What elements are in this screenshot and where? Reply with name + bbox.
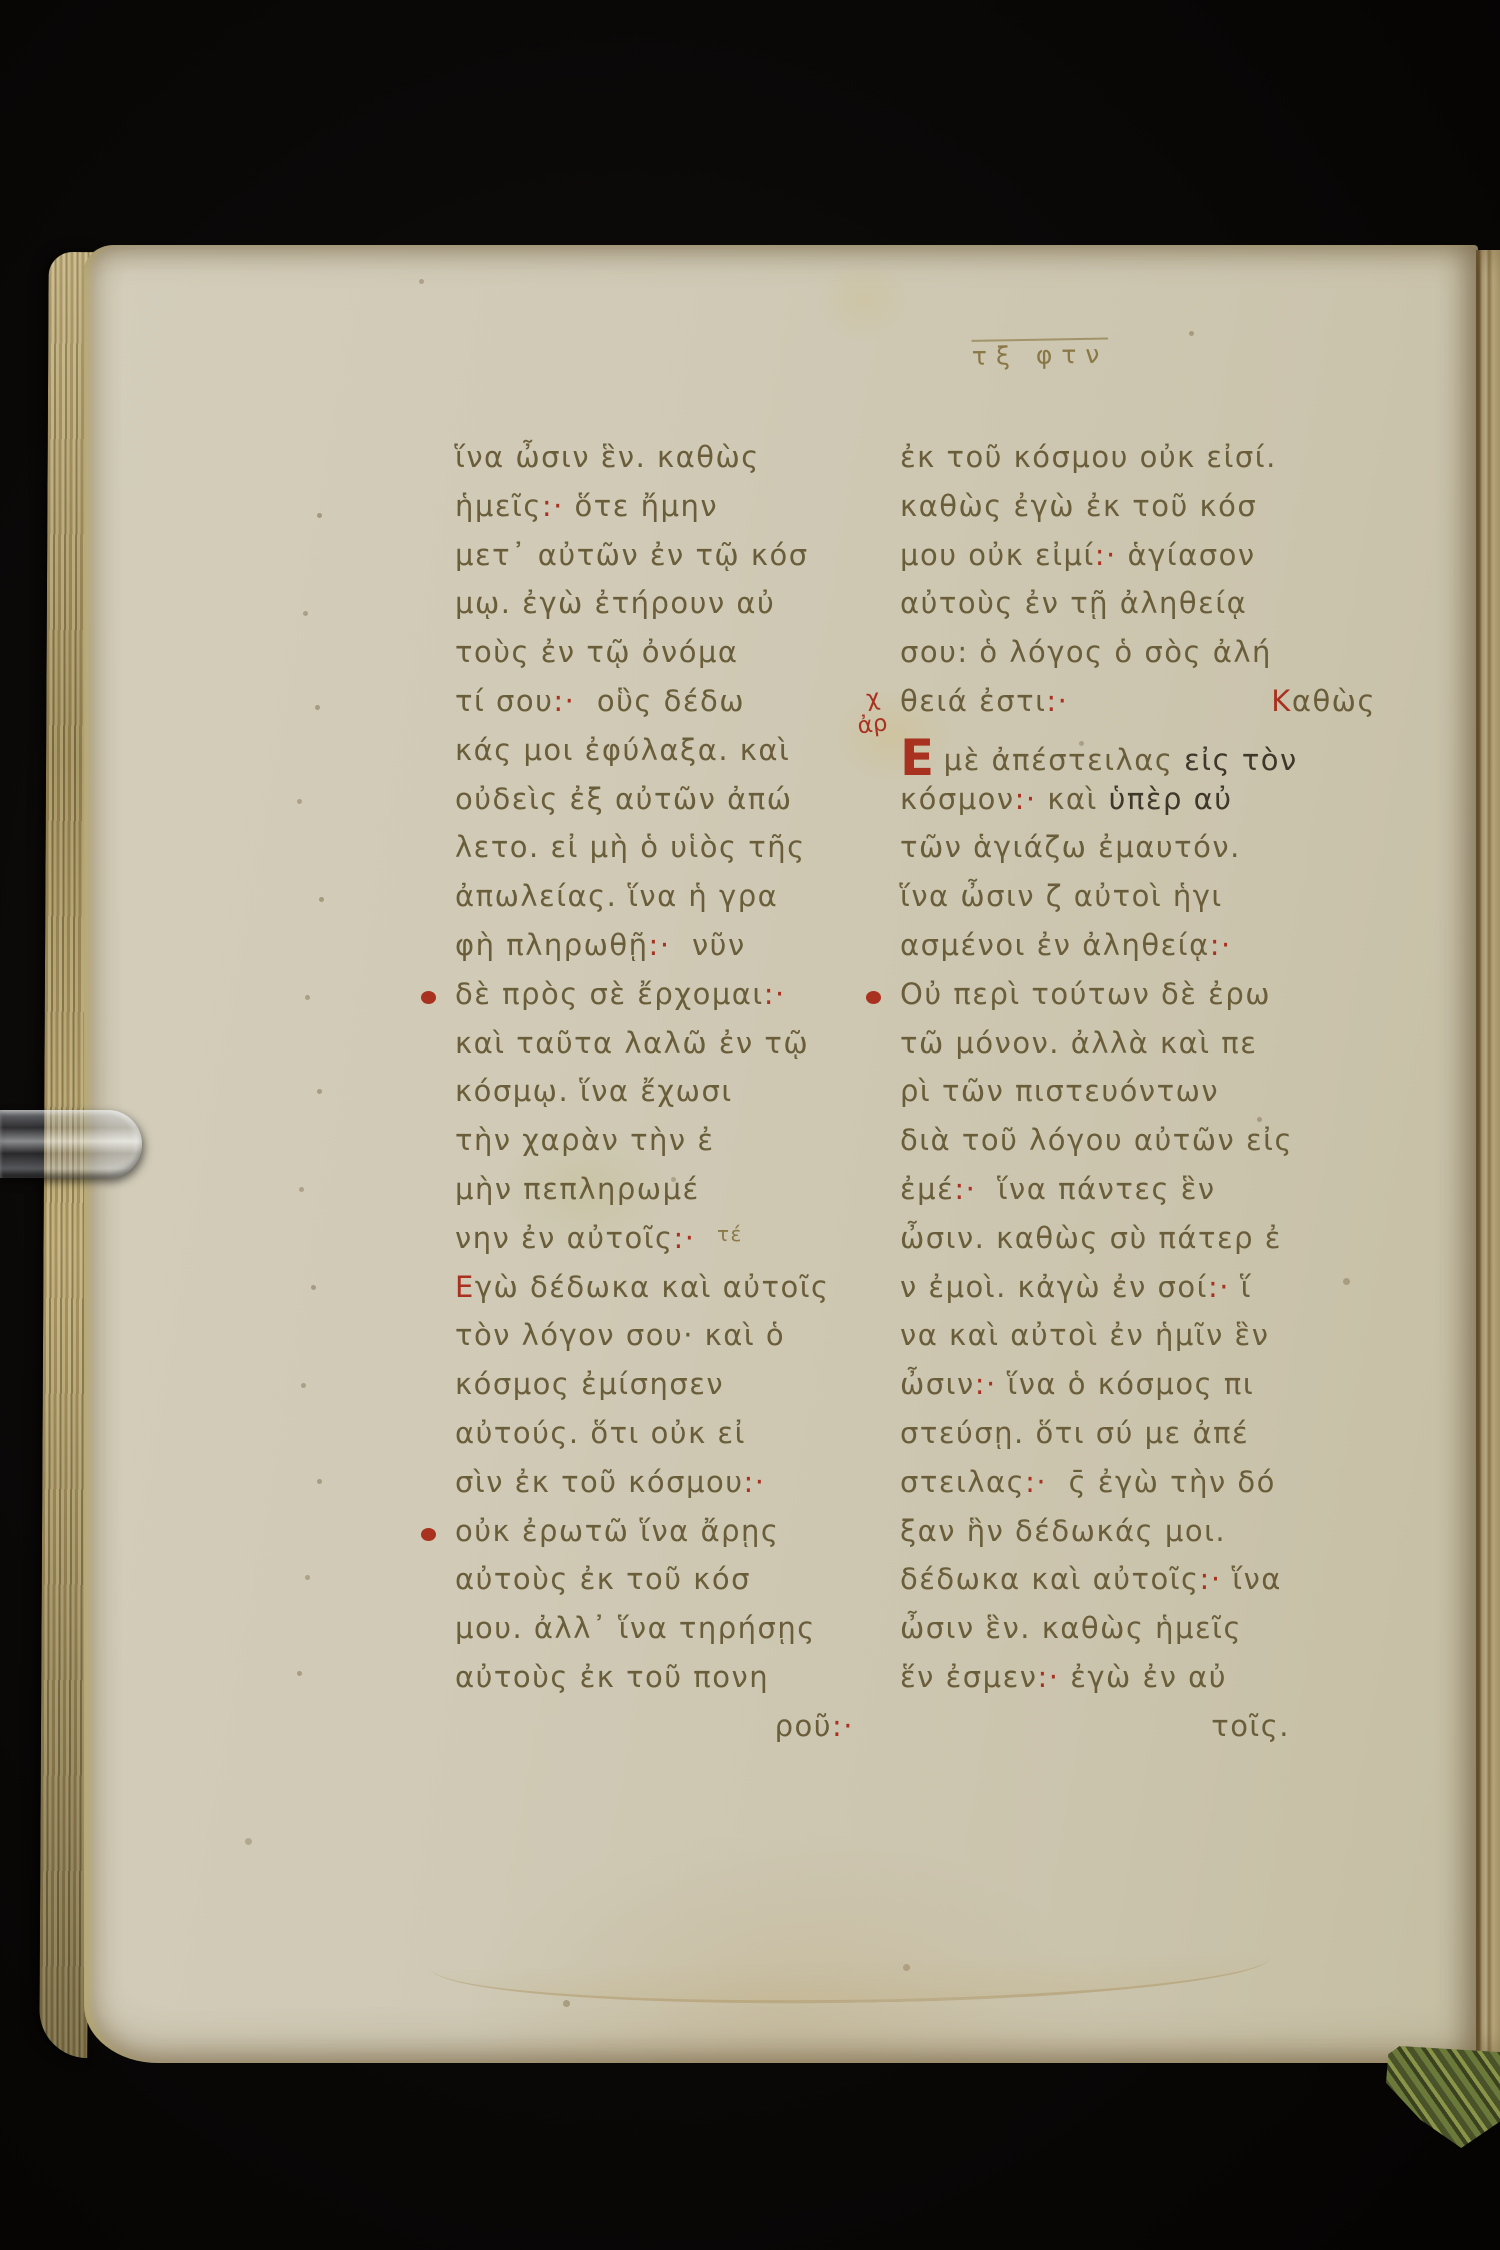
text-line: καὶ ταῦτα λαλῶ ἐν τῷ xyxy=(455,1026,892,1075)
text-line: αὐτοὺς ἐκ τοῦ κόσ xyxy=(455,1562,892,1611)
body-text: ὅτε ἤμην xyxy=(564,489,718,523)
body-text: ὑπὲρ αὐ xyxy=(1109,782,1233,816)
text-line: μου οὐκ εἰμί:· ἁγίασον xyxy=(900,538,1376,587)
body-text: αὐτοὺς ἐκ τοῦ κόσ xyxy=(455,1562,751,1596)
rubric-text: Ε xyxy=(455,1270,475,1304)
red-bullet xyxy=(421,1528,436,1541)
text-line: νην ἐν αὐτοῖς:· τέ xyxy=(455,1221,892,1270)
red-bullet xyxy=(866,991,881,1004)
body-text: ἵνα xyxy=(1222,1562,1282,1596)
body-text: τῶν ἁγιάζω ἐμαυτόν. xyxy=(900,830,1241,864)
text-line: φὴ πληρωθῇ:· νῦν xyxy=(455,928,892,977)
book-gutter-strip xyxy=(1476,250,1500,2058)
body-text: τέ xyxy=(717,1222,743,1246)
text-line: Οὐ περὶ τούτων δὲ ἐρω xyxy=(900,977,1376,1026)
body-text: μὲ ἀπέστειλας xyxy=(944,743,1184,777)
rubric-text: :· xyxy=(1208,1270,1230,1304)
body-text: καὶ ταῦτα λαλῶ ἐν τῷ xyxy=(455,1026,809,1060)
text-line: ν ἐμοὶ. κἀγὼ ἐν σοί:· ἵ xyxy=(900,1270,1376,1319)
text-line: ὦσιν ἓν. καθὼς ἡμεῖς xyxy=(900,1611,1376,1660)
text-line: τὸν λόγον σου· καὶ ὁ xyxy=(455,1318,892,1367)
body-text: τὸν λόγον σου· καὶ ὁ xyxy=(455,1318,785,1352)
text-line: ἕν ἐσμεν:· ἐγὼ ἐν αὐ xyxy=(900,1660,1376,1709)
body-text: ἵνα ὦσιν ζ αὐτοὶ ἡγι xyxy=(900,879,1223,913)
text-line: αὐτοὺς ἐκ τοῦ πονη xyxy=(455,1660,892,1709)
rubric-text: :· xyxy=(1200,1562,1222,1596)
body-text: γὼ δέδωκα καὶ αὐτοῖς xyxy=(475,1270,830,1304)
body-text: φὴ πληρωθῇ xyxy=(455,928,649,962)
rubric-text: :· xyxy=(975,1367,997,1401)
text-line: μετ᾽ αὐτῶν ἐν τῷ κόσ xyxy=(455,538,892,587)
body-text: αὐτοὺς ἐκ τοῦ πονη xyxy=(455,1660,769,1694)
rubric-text: :· xyxy=(1015,782,1037,816)
text-column-left: ἵνα ὦσιν ἓν. καθὼςἡμεῖς:· ὅτε ἤμηνμετ᾽ α… xyxy=(455,440,892,1758)
red-bullet xyxy=(421,991,436,1004)
body-text: Οὐ περὶ τούτων δὲ ἐρω xyxy=(900,977,1271,1011)
body-text: τοὺς ἐν τῷ ὀνόμα xyxy=(455,635,739,669)
body-text: σου: ὁ λόγος ὁ σὸς ἀλή xyxy=(900,635,1272,669)
text-line: ἐμέ:· ἵνα πάντες ἓν xyxy=(900,1172,1376,1221)
text-line: διὰ τοῦ λόγου αὐτῶν εἰς xyxy=(900,1123,1376,1172)
rubric-text: :· xyxy=(743,1465,765,1499)
text-line: δὲ πρὸς σὲ ἔρχομαι:· xyxy=(455,977,892,1026)
text-column-right: ἐκ τοῦ κόσμου οὐκ εἰσί.καθὼς ἐγὼ ἐκ τοῦ … xyxy=(900,440,1376,1758)
text-line: στεύσῃ. ὅτι σύ με ἀπέ xyxy=(900,1416,1376,1465)
text-line: σου: ὁ λόγος ὁ σὸς ἀλή xyxy=(900,635,1376,684)
text-line: Εγὼ δέδωκα καὶ αὐτοῖς xyxy=(455,1270,892,1319)
rubric-text: :· xyxy=(674,1221,696,1255)
text-line: οὐκ ἐρωτῶ ἵνα ἄρῃς xyxy=(455,1514,892,1563)
rubric-text: Κ xyxy=(1271,684,1292,718)
body-text: στειλας xyxy=(900,1465,1025,1499)
text-line: μου. ἀλλ᾽ ἵνα τηρήσῃς xyxy=(455,1611,892,1660)
body-text: εἰς τὸν xyxy=(1184,743,1298,777)
rubric-text: :· xyxy=(1095,538,1117,572)
body-text: καὶ xyxy=(1037,782,1109,816)
body-text: ξαν ἣν δέδωκάς μοι. xyxy=(900,1514,1226,1548)
text-line: ὦσιν. καθὼς σὺ πάτερ ἐ xyxy=(900,1221,1376,1270)
body-text: δέδωκα καὶ αὐτοῖς xyxy=(900,1562,1200,1596)
text-line: στειλας:· ς̄ ἐγὼ τὴν δό xyxy=(900,1465,1376,1514)
body-text: οὐκ ἐρωτῶ ἵνα ἄρῃς xyxy=(455,1514,779,1548)
body-text: ἐγὼ ἐν αὐ xyxy=(1059,1660,1227,1694)
body-text: σὶν ἐκ τοῦ κόσμου xyxy=(455,1465,743,1499)
parchment-specks xyxy=(0,0,3,3)
red-initial: Ε xyxy=(900,738,936,778)
body-text: κόσμῳ. ἵνα ἔχωσι xyxy=(455,1074,733,1108)
body-text: αὐτοὺς ἐν τῇ ἀληθείᾳ xyxy=(900,586,1247,620)
rubric-text: :· xyxy=(1025,1465,1047,1499)
body-text: ὦσιν. καθὼς σὺ πάτερ ἐ xyxy=(900,1221,1282,1255)
body-text: μου. ἀλλ᾽ ἵνα τηρήσῃς xyxy=(455,1611,816,1645)
page-weight-rod xyxy=(0,1110,142,1178)
body-text: κόσμος ἐμίσησεν xyxy=(455,1367,724,1401)
text-line: τί σου:· οὓς δέδω xyxy=(455,684,892,733)
body-text: τῶ μόνον. ἀλλὰ καὶ πε xyxy=(900,1026,1257,1060)
text-line: ροῦ:· xyxy=(455,1709,892,1758)
body-text: λετο. εἰ μὴ ὁ υἱὸς τῆς xyxy=(455,830,806,864)
body-text: τί σου xyxy=(455,684,553,718)
body-text: καθὼς ἐγὼ ἐκ τοῦ κόσ xyxy=(900,489,1257,523)
text-line: ἵνα ὦσιν ἓν. καθὼς xyxy=(455,440,892,489)
body-text: ἐκ τοῦ κόσμου οὐκ εἰσί. xyxy=(900,440,1277,474)
body-text: οὓς δέδω xyxy=(575,684,745,718)
text-line: λετο. εἰ μὴ ὁ υἱὸς τῆς xyxy=(455,830,892,879)
body-text: ἡμεῖς xyxy=(455,489,542,523)
text-line: κόσμῳ. ἵνα ἔχωσι xyxy=(455,1074,892,1123)
rubric-text: :· xyxy=(649,928,671,962)
body-text: ἵνα πάντες ἓν xyxy=(976,1172,1215,1206)
text-line: ἵνα ὦσιν ζ αὐτοὶ ἡγι xyxy=(900,879,1376,928)
rubric-text: :· xyxy=(553,684,575,718)
body-text: διὰ τοῦ λόγου αὐτῶν εἰς xyxy=(900,1123,1293,1157)
text-line: θειά ἐστι:·Καθὼς xyxy=(900,684,1376,733)
text-line: Εμὲ ἀπέστειλας εἰς τὸν xyxy=(900,733,1376,782)
text-line: ἡμεῖς:· ὅτε ἤμην xyxy=(455,489,892,538)
body-text: στεύσῃ. ὅτι σύ με ἀπέ xyxy=(900,1416,1249,1450)
body-text: ν ἐμοὶ. κἀγὼ ἐν σοί xyxy=(900,1270,1208,1304)
green-textile-fragment xyxy=(1386,2046,1500,2148)
text-line: τοῖς. xyxy=(900,1709,1376,1758)
text-line: κόσμον:· καὶ ὑπὲρ αὐ xyxy=(900,782,1376,831)
body-text: ς̄ ἐγὼ τὴν δό xyxy=(1047,1465,1276,1499)
body-text: ἵνα ὦσιν ἓν. καθὼς xyxy=(455,440,760,474)
body-text: ὦσιν ἓν. καθὼς ἡμεῖς xyxy=(900,1611,1242,1645)
text-line: τῶ μόνον. ἀλλὰ καὶ πε xyxy=(900,1026,1376,1075)
body-text: αὐτούς. ὅτι οὐκ εἰ xyxy=(455,1416,746,1450)
body-text: ἁγίασον xyxy=(1117,538,1256,572)
rubric-text: :· xyxy=(764,977,786,1011)
body-text: δὲ πρὸς σὲ ἔρχομαι xyxy=(455,977,764,1011)
body-text: θειά ἐστι xyxy=(900,684,1046,718)
body-text: ροῦ xyxy=(775,1709,832,1743)
rubric-text: :· xyxy=(832,1709,854,1743)
text-line: ξαν ἣν δέδωκάς μοι. xyxy=(900,1514,1376,1563)
text-line: μῳ. ἐγὼ ἐτήρουν αὐ xyxy=(455,586,892,635)
text-line: ρὶ τῶν πιστευόντων xyxy=(900,1074,1376,1123)
text-line: ἀπωλείας. ἵνα ἡ γρα xyxy=(455,879,892,928)
rubric-text: :· xyxy=(1210,928,1232,962)
body-text: αθὼς xyxy=(1292,684,1376,718)
body-text: ἵνα ὁ κόσμος πι xyxy=(997,1367,1254,1401)
text-line: ἐκ τοῦ κόσμου οὐκ εἰσί. xyxy=(900,440,1376,489)
text-line: αὐτούς. ὅτι οὐκ εἰ xyxy=(455,1416,892,1465)
text-line: τῶν ἁγιάζω ἐμαυτόν. xyxy=(900,830,1376,879)
body-text: ὦσιν xyxy=(900,1367,975,1401)
body-text: τοῖς. xyxy=(1211,1709,1290,1743)
body-text: ρὶ τῶν πιστευόντων xyxy=(900,1074,1219,1108)
text-line: κόσμος ἐμίσησεν xyxy=(455,1367,892,1416)
body-text: μὴν πεπληρωμέ xyxy=(455,1172,700,1206)
text-line: ασμένοι ἐν ἀληθείᾳ:· xyxy=(900,928,1376,977)
body-text: μετ᾽ αὐτῶν ἐν τῷ κόσ xyxy=(455,538,809,572)
text-line: μὴν πεπληρωμέ xyxy=(455,1172,892,1221)
body-text: μου οὐκ εἰμί xyxy=(900,538,1095,572)
rubric-text: :· xyxy=(954,1172,976,1206)
rubric-text: :· xyxy=(1046,684,1068,718)
body-text: ἵ xyxy=(1230,1270,1252,1304)
text-line: τοὺς ἐν τῷ ὀνόμα xyxy=(455,635,892,684)
quire-mark: τξ φτν xyxy=(972,338,1193,384)
body-text: ἀπωλείας. ἵνα ἡ γρα xyxy=(455,879,778,913)
text-line: σὶν ἐκ τοῦ κόσμου:· xyxy=(455,1465,892,1514)
rubric-text: :· xyxy=(1037,1660,1059,1694)
text-line: καθὼς ἐγὼ ἐκ τοῦ κόσ xyxy=(900,489,1376,538)
text-line: δέδωκα καὶ αὐτοῖς:· ἵνα xyxy=(900,1562,1376,1611)
body-text: μῳ. ἐγὼ ἐτήρουν αὐ xyxy=(455,586,775,620)
text-line: κάς μοι ἐφύλαξα. καὶ xyxy=(455,733,892,782)
body-text: κάς μοι ἐφύλαξα. καὶ xyxy=(455,733,790,767)
photo-stage: τξ φτν χ ἀρ ἵνα ὦσιν ἓν. καθὼςἡμεῖς:· ὅτ… xyxy=(0,0,1500,2250)
text-line: οὐδεὶς ἐξ αὐτῶν ἀπώ xyxy=(455,782,892,831)
body-text: τὴν χαρὰν τὴν ἐ xyxy=(455,1123,715,1157)
text-line: ὦσιν:· ἵνα ὁ κόσμος πι xyxy=(900,1367,1376,1416)
body-text: νην ἐν αὐτοῖς xyxy=(455,1221,674,1255)
body-text: να καὶ αὐτοὶ ἐν ἡμῖν ἓν xyxy=(900,1318,1269,1352)
rubric-text: :· xyxy=(542,489,564,523)
body-text: νῦν xyxy=(671,928,746,962)
body-text: κόσμον xyxy=(900,782,1015,816)
text-line: τὴν χαρὰν τὴν ἐ xyxy=(455,1123,892,1172)
text-line: να καὶ αὐτοὶ ἐν ἡμῖν ἓν xyxy=(900,1318,1376,1367)
body-text xyxy=(696,1221,717,1255)
body-text: ασμένοι ἐν ἀληθείᾳ xyxy=(900,928,1210,962)
body-text: ἕν ἐσμεν xyxy=(900,1660,1037,1694)
body-text: ἐμέ xyxy=(900,1172,954,1206)
text-line: αὐτοὺς ἐν τῇ ἀληθείᾳ xyxy=(900,586,1376,635)
body-text: οὐδεὶς ἐξ αὐτῶν ἀπώ xyxy=(455,782,792,816)
